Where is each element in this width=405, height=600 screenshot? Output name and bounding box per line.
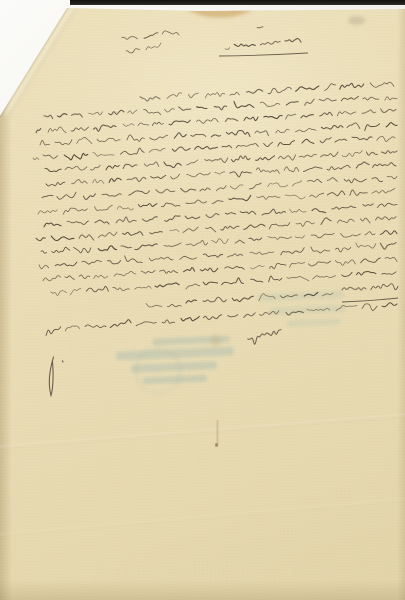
paper-grain	[0, 0, 405, 600]
scratch-dot	[215, 443, 218, 447]
scanned-letter-page	[0, 0, 405, 600]
pencil-smudge	[348, 16, 365, 25]
scanner-edge-strip	[70, 0, 405, 5]
stain-small-spot	[207, 333, 224, 348]
paper-sheet	[0, 0, 405, 600]
scratch-mark	[217, 420, 218, 446]
